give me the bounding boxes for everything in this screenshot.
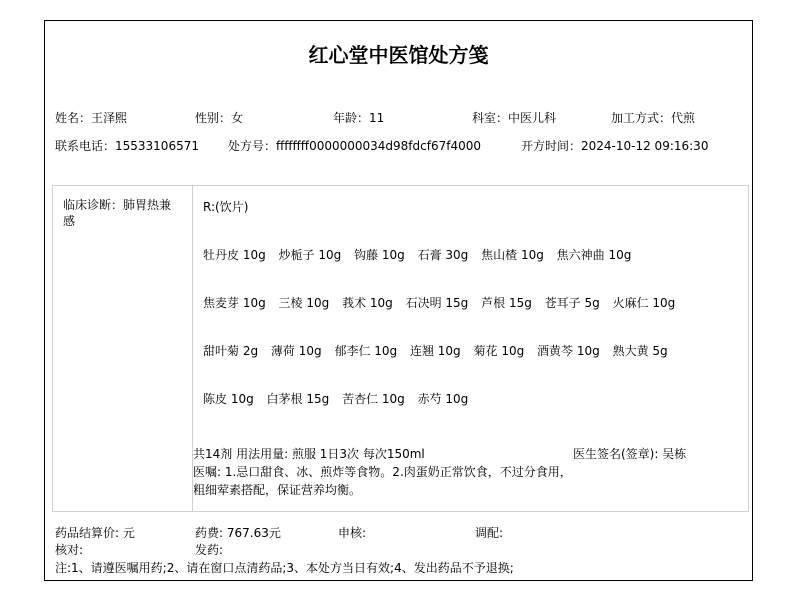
dispense-field: 调配:: [475, 524, 503, 541]
herb-item: 三棱 10g: [279, 296, 330, 310]
herb-item: 石膏 30g: [418, 248, 469, 262]
processing-method: 加工方式：代煎: [611, 109, 695, 126]
herb-item: 陈皮 10g: [203, 392, 254, 406]
herb-item: 连翘 10g: [410, 344, 461, 358]
herb-item: 白茅根 15g: [267, 392, 330, 406]
prescription-cell: R:(饮片) 牡丹皮 10g 炒栀子 10g 钩藤 10g 石膏 30g 焦山楂…: [193, 186, 748, 511]
document-title: 红心堂中医馆处方笺: [45, 39, 752, 68]
doctor-signature: 医生签名(签章): 吴栋: [573, 445, 686, 462]
herb-item: 酒黄芩 10g: [537, 344, 600, 358]
patient-phone: 联系电话：15533106571: [55, 137, 199, 154]
herb-line-4: 陈皮 10g 白茅根 15g 苦杏仁 10g 赤芍 10g: [203, 390, 477, 407]
patient-age: 年龄：11: [333, 109, 384, 126]
herb-item: 苦杏仁 10g: [342, 392, 405, 406]
footer-notes: 注:1、请遵医嘱用药;2、请在窗口点清药品;3、本处方当日有效;4、发出药品不予…: [55, 559, 514, 576]
herb-item: 郁李仁 10g: [334, 344, 397, 358]
review-field: 申核:: [338, 524, 366, 541]
herb-item: 甜叶菊 2g: [203, 344, 258, 358]
prescription-table: 临床诊断：肺胃热兼感 R:(饮片) 牡丹皮 10g 炒栀子 10g 钩藤 10g…: [52, 185, 749, 512]
herb-item: 菊花 10g: [474, 344, 525, 358]
herb-item: 赤芍 10g: [418, 392, 469, 406]
herb-item: 苍耳子 5g: [545, 296, 600, 310]
herb-item: 熟大黄 5g: [613, 344, 668, 358]
patient-name: 姓名：王泽熙: [55, 109, 127, 126]
herb-item: 石决明 15g: [406, 296, 469, 310]
herb-item: 芦根 15g: [481, 296, 532, 310]
rx-type-label: R:(饮片): [203, 198, 248, 215]
usage-dosage: 共14剂 用法用量: 煎服 1日3次 每次150ml: [193, 445, 425, 462]
herb-item: 莪术 10g: [342, 296, 393, 310]
settlement-price: 药品结算价: 元: [55, 524, 135, 541]
diagnosis-cell: 临床诊断：肺胃热兼感: [53, 186, 193, 511]
prescription-number: 处方号：ffffffff0000000034d98fdcf67f4000: [228, 137, 481, 154]
issue-field: 发药:: [195, 541, 223, 558]
patient-gender: 性别：女: [195, 109, 243, 126]
herb-line-3: 甜叶菊 2g 薄荷 10g 郁李仁 10g 连翘 10g 菊花 10g 酒黄芩 …: [203, 342, 677, 359]
herb-line-1: 牡丹皮 10g 炒栀子 10g 钩藤 10g 石膏 30g 焦山楂 10g 焦六…: [203, 246, 640, 263]
drug-fee: 药费: 767.63元: [195, 524, 281, 541]
herb-item: 炒栀子 10g: [279, 248, 342, 262]
medical-advice: 医嘱: 1.忌口甜食、冰、煎炸等食物。2.肉蛋奶正常饮食，不过分食用，粗细荤素搭…: [193, 463, 583, 499]
herb-item: 火麻仁 10g: [613, 296, 676, 310]
herb-item: 焦六神曲 10g: [557, 248, 632, 262]
issued-time: 开方时间：2024-10-12 09:16:30: [521, 137, 708, 154]
herb-item: 牡丹皮 10g: [203, 248, 266, 262]
prescription-sheet: 红心堂中医馆处方笺 姓名：王泽熙 性别：女 年龄：11 科室：中医儿科 加工方式…: [44, 20, 753, 581]
check-field: 核对:: [55, 541, 83, 558]
herb-item: 焦山楂 10g: [481, 248, 544, 262]
herb-item: 焦麦芽 10g: [203, 296, 266, 310]
herb-line-2: 焦麦芽 10g 三棱 10g 莪术 10g 石决明 15g 芦根 15g 苍耳子…: [203, 294, 684, 311]
herb-item: 薄荷 10g: [271, 344, 322, 358]
department: 科室：中医儿科: [472, 109, 556, 126]
herb-item: 钩藤 10g: [354, 248, 405, 262]
clinical-diagnosis: 临床诊断：肺胃热兼感: [63, 198, 171, 228]
